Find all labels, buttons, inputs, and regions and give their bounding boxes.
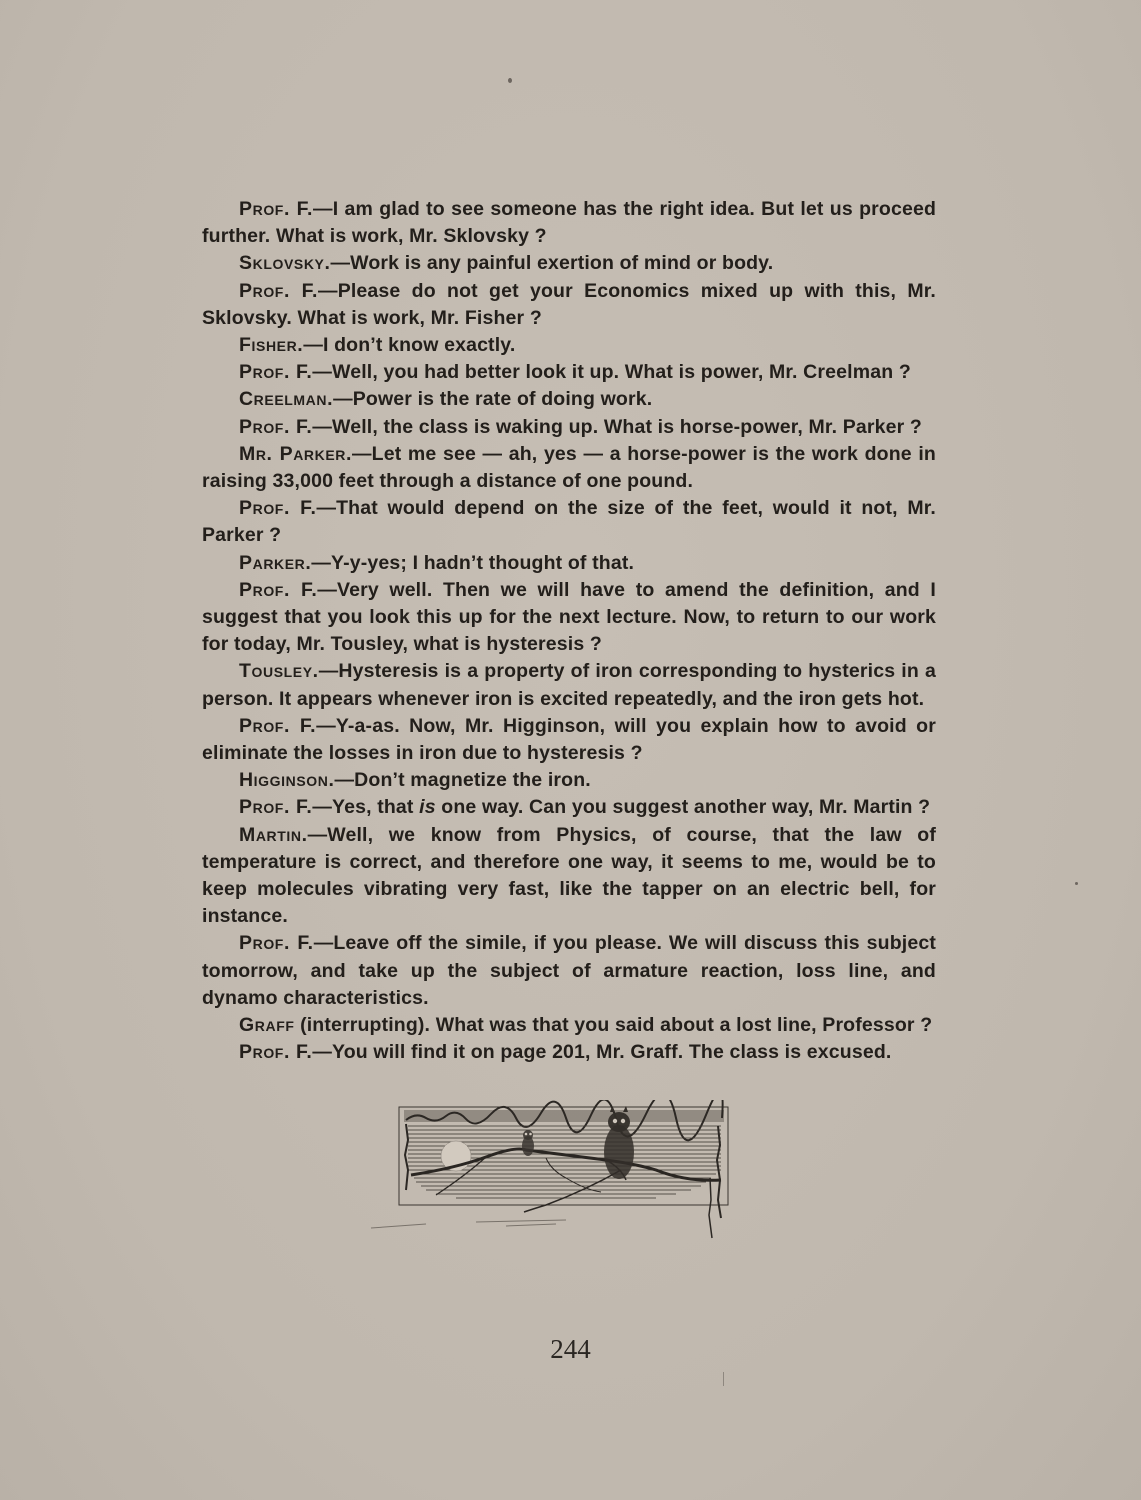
paragraph: Prof. F.—Yes, that is one way. Can you s… [202,794,936,821]
paragraph: Prof. F.—Y-a-as. Now, Mr. Higginson, wil… [202,713,936,767]
speaker-name: Tousley. [239,660,319,682]
paragraph: Prof. F.—I am glad to see someone has th… [202,196,936,250]
speaker-name: Martin. [239,824,308,846]
paragraph: Martin.—Well, we know from Physics, of c… [202,822,936,931]
book-page: Prof. F.—I am glad to see someone has th… [0,0,1141,1500]
paragraph: Higginson.—Don’t magnetize the iron. [202,767,936,794]
speaker-name: Prof. F. [239,497,316,519]
speaker-name: Prof. F. [239,416,312,438]
speaker-name: Prof. F. [239,579,317,601]
paragraph: Prof. F.—Leave off the simile, if you pl… [202,930,936,1012]
paragraph: Creelman.—Power is the rate of doing wor… [202,386,936,413]
paragraph: Prof. F.—Please do not get your Economic… [202,278,936,332]
speaker-name: Mr. Parker. [239,443,352,465]
paragraph: Sklovsky.—Work is any painful exertion o… [202,250,936,277]
speaker-name: Prof. F. [239,1041,312,1063]
paragraph: Mr. Parker.—Let me see — ah, yes — a hor… [202,441,936,495]
paragraph: Prof. F.—That would depend on the size o… [202,495,936,549]
dialogue-text: Prof. F.—I am glad to see someone has th… [202,196,936,1067]
paragraph: Parker.—Y-y-yes; I hadn’t thought of tha… [202,550,936,577]
speaker-name: Prof. F. [239,361,312,383]
speaker-name: Sklovsky. [239,252,331,274]
paper-speck [508,78,512,83]
paragraph: Fisher.—I don’t know exactly. [202,332,936,359]
paragraph: Prof. F.—You will find it on page 201, M… [202,1039,936,1066]
emphasis: is [419,796,436,818]
page-number: 244 [0,1334,1141,1365]
paragraph: Graff (interrupting). What was that you … [202,1012,936,1039]
speaker-name: Creelman. [239,388,333,410]
paragraph: Prof. F.—Well, the class is waking up. W… [202,414,936,441]
paragraph: Prof. F.—Well, you had better look it up… [202,359,936,386]
speaker-name: Prof. F. [239,198,313,220]
paragraph: Tousley.—Hysteresis is a property of iro… [202,658,936,712]
speaker-name: Prof. F. [239,796,312,818]
owl-moon-engraving [366,1100,746,1250]
paper-speck [723,1372,724,1386]
speaker-name: Higginson. [239,769,335,791]
speaker-name: Prof. F. [239,932,314,954]
paper-speck [1075,882,1078,885]
paragraph: Prof. F.—Very well. Then we will have to… [202,577,936,659]
speaker-name: Graff [239,1014,295,1036]
speaker-name: Fisher. [239,334,303,356]
speaker-name: Parker. [239,552,311,574]
speaker-name: Prof. F. [239,280,318,302]
speaker-name: Prof. F. [239,715,316,737]
